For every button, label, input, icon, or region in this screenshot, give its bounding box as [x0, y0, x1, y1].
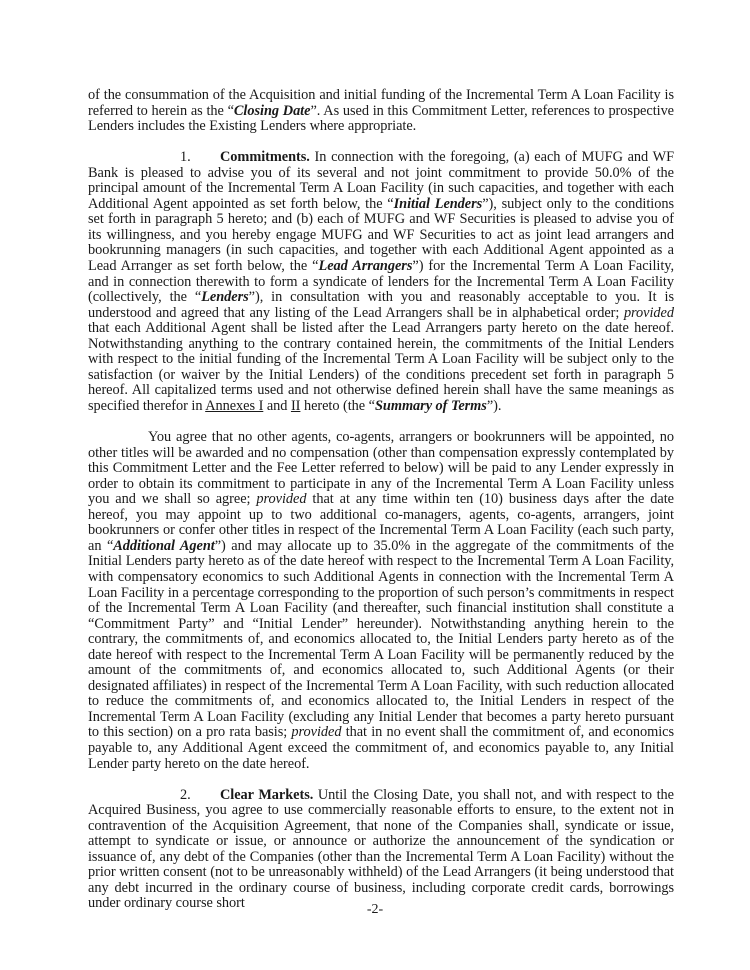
- defined-term-summary-of-terms: Summary of Terms: [375, 398, 487, 414]
- section-2-clear-markets: 2.Clear Markets. Until the Closing Date,…: [88, 788, 674, 912]
- defined-term-additional-agent: Additional Agent: [113, 538, 214, 554]
- section-number: 2.: [180, 788, 220, 804]
- provided-italic: provided: [624, 305, 674, 321]
- section-number: 1.: [180, 150, 220, 166]
- defined-term-lenders: Lenders: [201, 289, 248, 305]
- agree-paragraph: You agree that no other agents, co-agent…: [88, 430, 674, 772]
- section-1-commitments: 1.Commitments. In connection with the fo…: [88, 150, 674, 414]
- intro-paragraph: of the consummation of the Acquisition a…: [88, 88, 674, 135]
- defined-term-lead-arrangers: Lead Arrangers: [318, 258, 412, 274]
- provided-italic: provided: [291, 724, 341, 740]
- annex-reference-1: Annexes I: [205, 398, 263, 414]
- section-heading: Clear Markets.: [220, 787, 313, 803]
- annex-reference-2: II: [291, 398, 300, 414]
- provided-italic: provided: [256, 491, 306, 507]
- defined-term-closing-date: Closing Date: [234, 103, 311, 119]
- defined-term-initial-lenders: Initial Lenders: [394, 196, 483, 212]
- document-page: of the consummation of the Acquisition a…: [88, 88, 674, 912]
- section-heading: Commitments.: [220, 149, 310, 165]
- page-number: -2-: [0, 902, 750, 918]
